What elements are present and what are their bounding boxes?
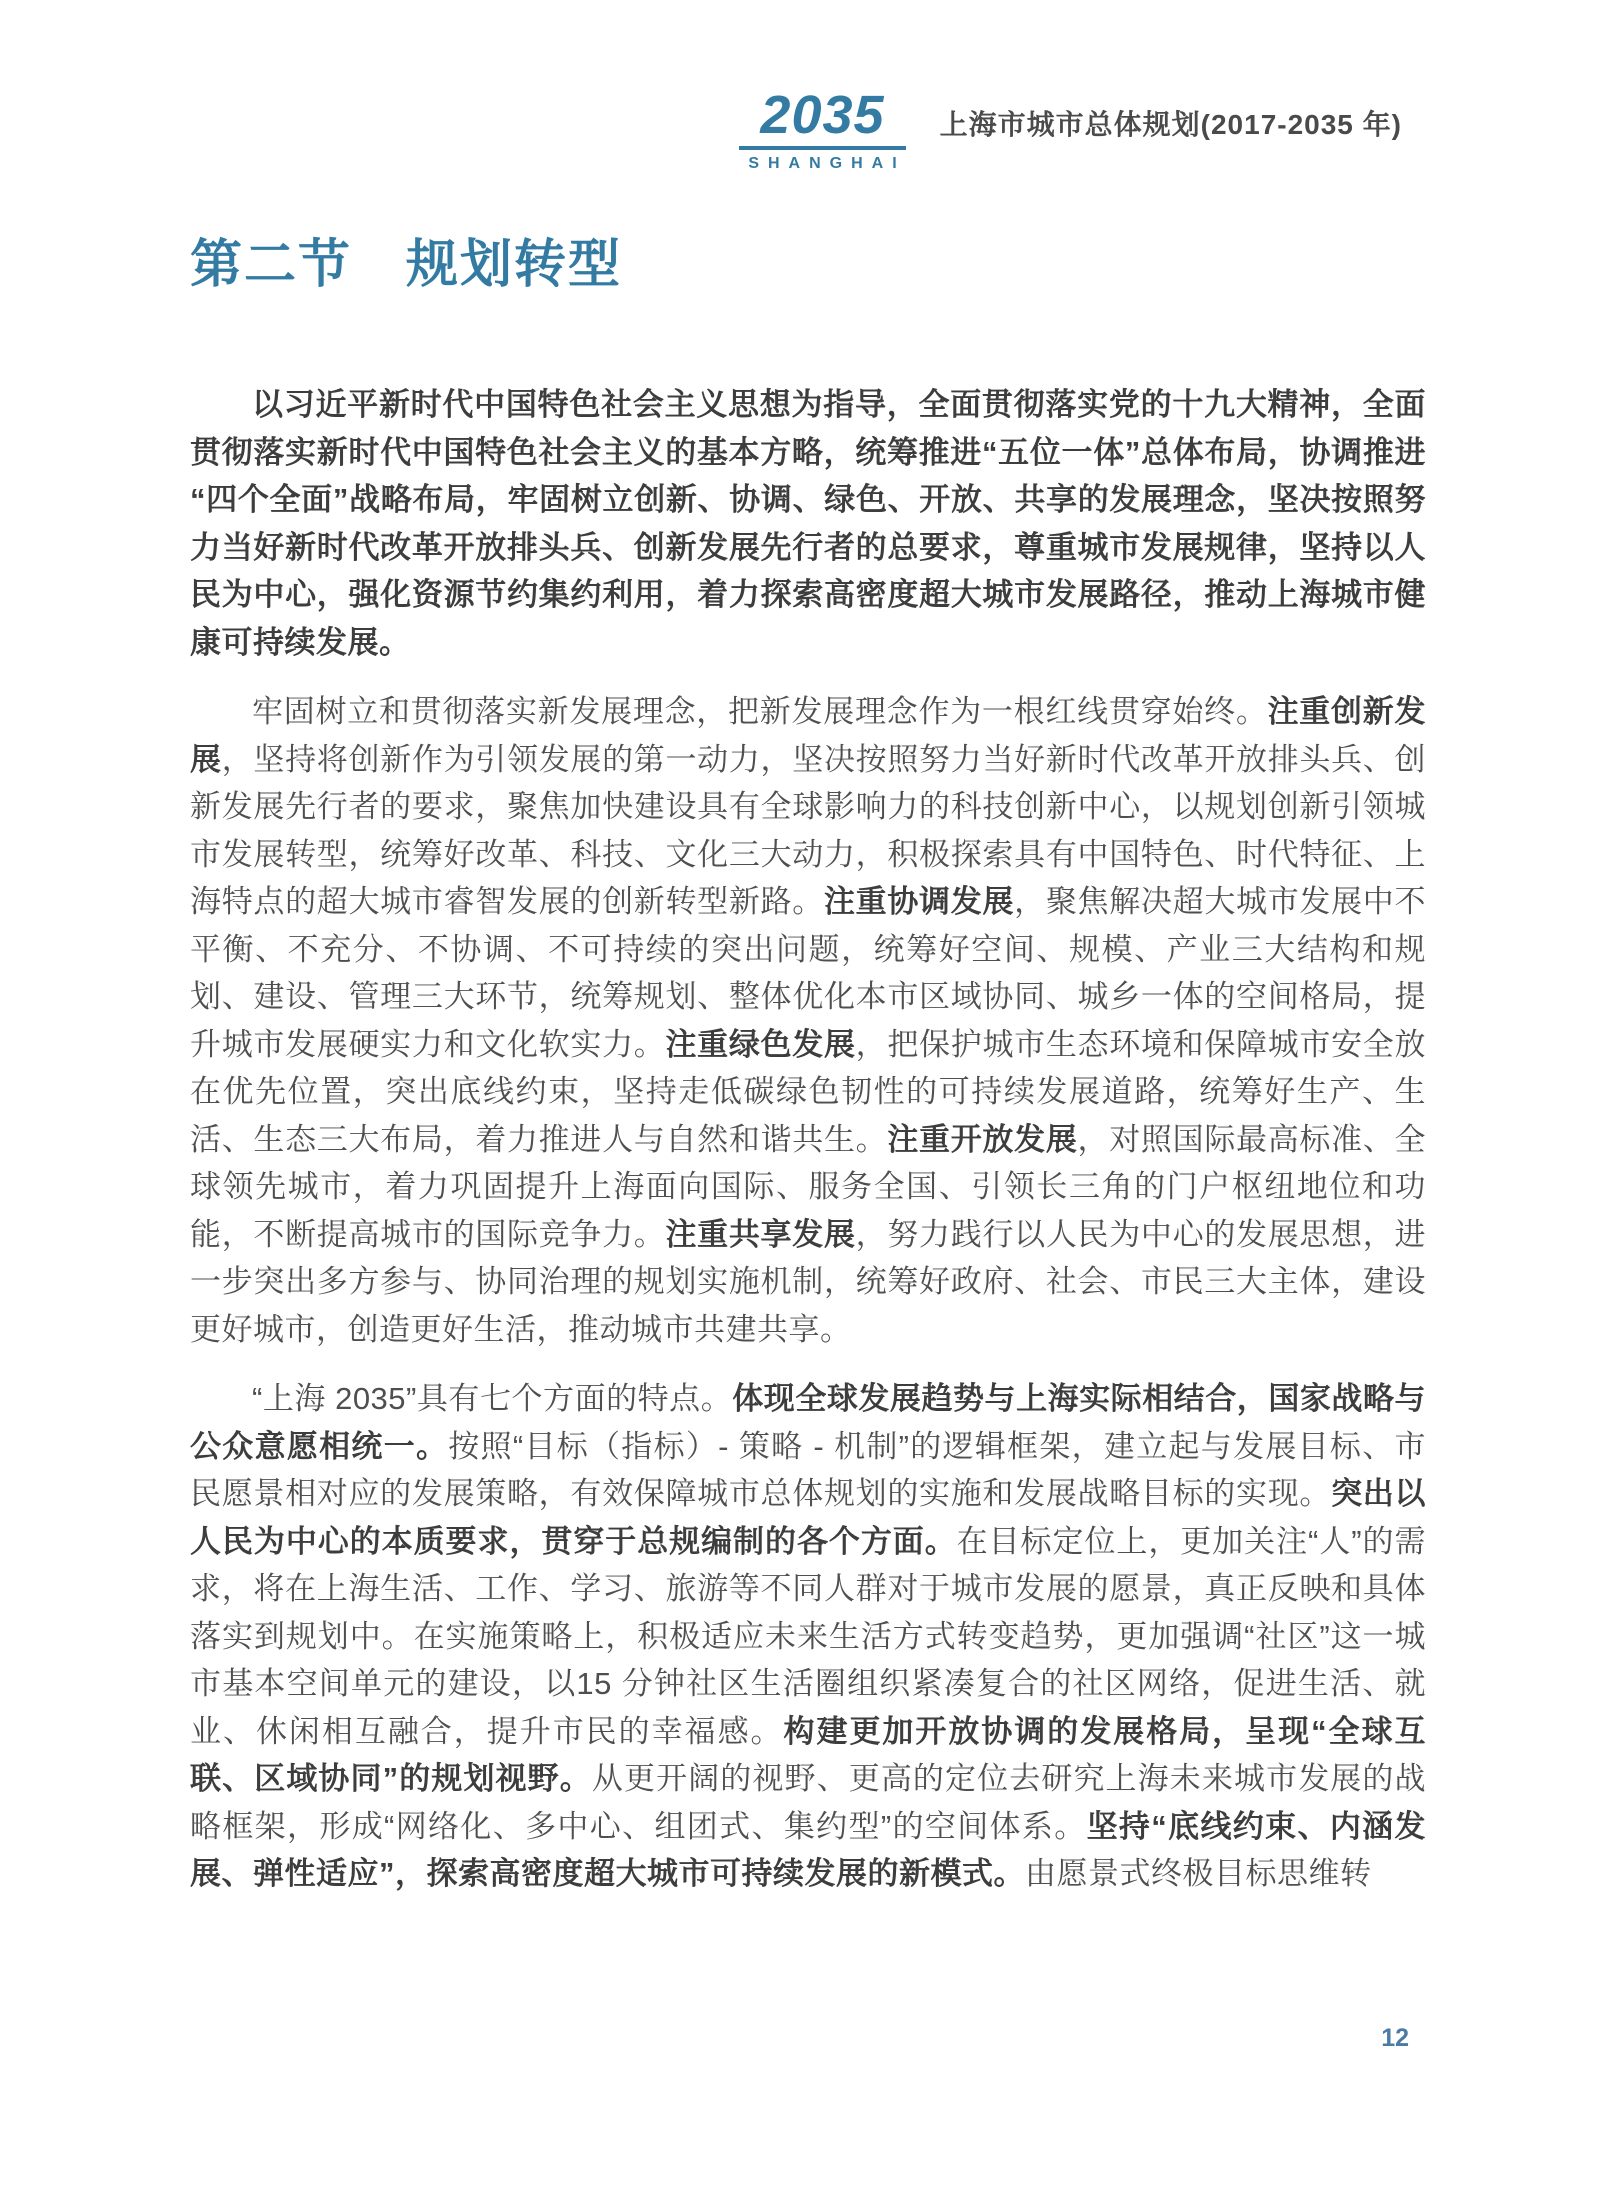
paragraph-guiding-ideology: 以习近平新时代中国特色社会主义思想为指导，全面贯彻落实党的十九大精神，全面贯彻落… (190, 381, 1426, 666)
paragraph-shanghai-2035-features: “上海 2035”具有七个方面的特点。体现全球发展趋势与上海实际相结合，国家战略… (190, 1375, 1426, 1898)
page-number: 12 (1381, 2024, 1409, 2053)
document-title: 上海市城市总体规划(2017-2035 年) (940, 103, 1402, 157)
logo-year-text: 2035 (739, 88, 905, 150)
shanghai-2035-logo: 2035 SHANGHAI (739, 88, 905, 172)
page-header: 2035 SHANGHAI 上海市城市总体规划(2017-2035 年) (739, 88, 1402, 172)
logo-city-text: SHANGHAI (739, 156, 905, 172)
document-page: 2035 SHANGHAI 上海市城市总体规划(2017-2035 年) 第二节… (0, 0, 1614, 2205)
page-content: 第二节 规划转型 以习近平新时代中国特色社会主义思想为指导，全面贯彻落实党的十九… (190, 222, 1426, 1920)
paragraph-development-concepts: 牢固树立和贯彻落实新发展理念，把新发展理念作为一根红线贯穿始终。注重创新发展，坚… (190, 688, 1426, 1353)
section-title: 第二节 规划转型 (190, 222, 1426, 297)
